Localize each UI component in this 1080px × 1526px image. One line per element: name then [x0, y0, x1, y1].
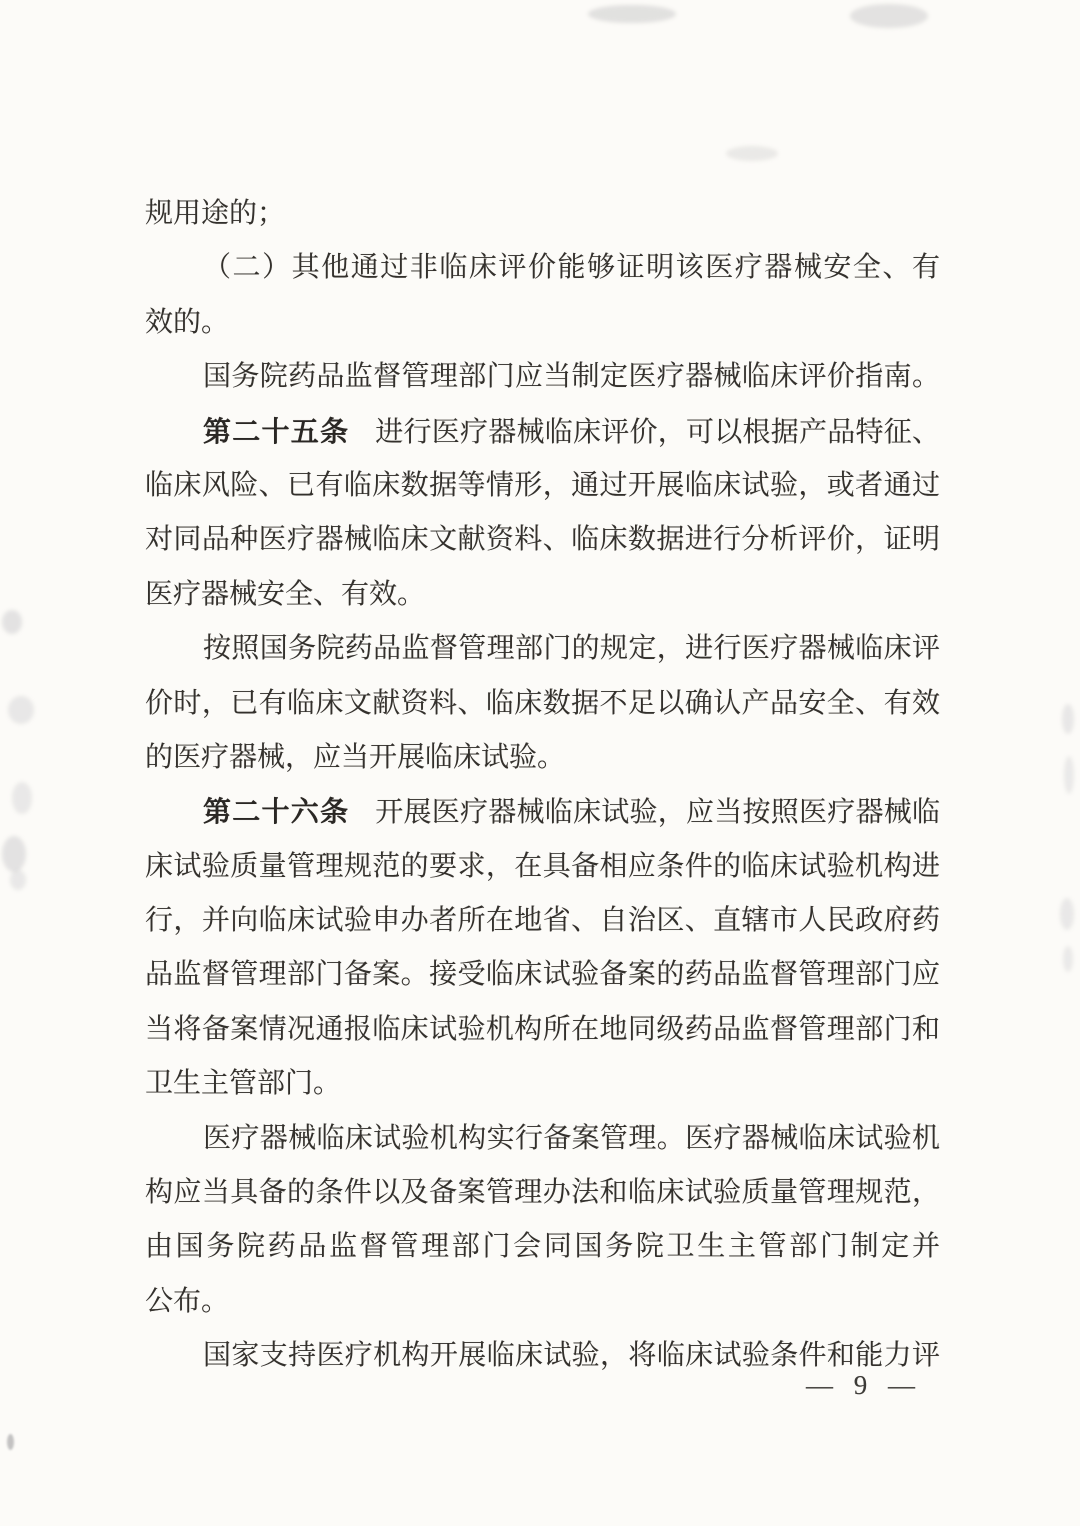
- scan-artifact: [7, 1434, 14, 1450]
- scan-artifact: [2, 836, 26, 872]
- scan-artifact: [1064, 756, 1074, 794]
- text-line: 构应当具备的条件以及备案管理办法和临床试验质量管理规范，: [145, 1166, 940, 1220]
- line-text: 价时，已有临床文献资料、临床数据不足以确认产品安全、有效: [145, 688, 940, 719]
- article-number: 第二十五条: [203, 416, 349, 447]
- line-text: 公布。: [145, 1286, 229, 1317]
- line-text: 国务院药品监督管理部门应当制定医疗器械临床评价指南。: [203, 361, 940, 392]
- line-text: 医疗器械安全、有效。: [145, 579, 425, 610]
- line-text: 构应当具备的条件以及备案管理办法和临床试验质量管理规范，: [145, 1177, 940, 1208]
- line-text: 进行医疗器械临床评价，可以根据产品特征、: [375, 417, 940, 448]
- text-line: 由国务院药品监督管理部门会同国务院卫生主管部门制定并: [145, 1220, 940, 1274]
- scan-artifact: [588, 5, 676, 23]
- line-text: （二）其他通过非临床评价能够证明该医疗器械安全、有: [203, 252, 940, 283]
- line-text: 床试验质量管理规范的要求，在具备相应条件的临床试验机构进: [145, 851, 940, 882]
- text-line: 品监督管理部门备案。接受临床试验备案的药品监督管理部门应: [145, 948, 940, 1002]
- scan-artifact: [1062, 704, 1074, 734]
- line-text: 效的。: [145, 307, 229, 338]
- text-line: 当将备案情况通报临床试验机构所在地同级药品监督管理部门和: [145, 1003, 940, 1057]
- article-number: 第二十六条: [203, 796, 349, 827]
- line-text: 医疗器械临床试验机构实行备案管理。医疗器械临床试验机: [203, 1123, 940, 1154]
- text-line: 行，并向临床试验申办者所在地省、自治区、直辖市人民政府药: [145, 894, 940, 948]
- line-text: 卫生主管部门。: [145, 1068, 341, 1099]
- text-line: 按照国务院药品监督管理部门的规定，进行医疗器械临床评: [145, 622, 940, 676]
- text-line: 第二十六条开展医疗器械临床试验，应当按照医疗器械临: [145, 785, 940, 839]
- line-text: 当将备案情况通报临床试验机构所在地同级药品监督管理部门和: [145, 1014, 940, 1045]
- text-line: 的医疗器械，应当开展临床试验。: [145, 731, 940, 785]
- line-text: 国家支持医疗机构开展临床试验，将临床试验条件和能力评: [203, 1340, 940, 1371]
- text-line: 规用途的；: [145, 187, 940, 241]
- scan-artifact: [2, 610, 22, 634]
- text-line: 医疗器械安全、有效。: [145, 568, 940, 622]
- scan-artifact: [8, 696, 34, 724]
- text-line: 国务院药品监督管理部门应当制定医疗器械临床评价指南。: [145, 350, 940, 404]
- page-number: — 9 —: [806, 1368, 917, 1402]
- line-text: 对同品种医疗器械临床文献资料、临床数据进行分析评价，证明: [145, 524, 940, 555]
- scan-artifact: [1063, 946, 1073, 972]
- text-line: 卫生主管部门。: [145, 1057, 940, 1111]
- text-line: 价时，已有临床文献资料、临床数据不足以确认产品安全、有效: [145, 677, 940, 731]
- line-text: 行，并向临床试验申办者所在地省、自治区、直辖市人民政府药: [145, 905, 940, 936]
- document-page: 规用途的；（二）其他通过非临床评价能够证明该医疗器械安全、有效的。国务院药品监督…: [0, 0, 1080, 1526]
- document-body: 规用途的；（二）其他通过非临床评价能够证明该医疗器械安全、有效的。国务院药品监督…: [145, 187, 940, 1384]
- scan-artifact: [850, 4, 928, 28]
- line-text: 按照国务院药品监督管理部门的规定，进行医疗器械临床评: [203, 633, 940, 664]
- line-text: 品监督管理部门备案。接受临床试验备案的药品监督管理部门应: [145, 959, 940, 990]
- text-line: 效的。: [145, 296, 940, 350]
- line-text: 规用途的；: [145, 198, 285, 229]
- text-line: （二）其他通过非临床评价能够证明该医疗器械安全、有: [145, 241, 940, 295]
- text-line: 床试验质量管理规范的要求，在具备相应条件的临床试验机构进: [145, 840, 940, 894]
- line-text: 临床风险、已有临床数据等情形，通过开展临床试验，或者通过: [145, 470, 940, 501]
- text-line: 对同品种医疗器械临床文献资料、临床数据进行分析评价，证明: [145, 513, 940, 567]
- scan-artifact: [10, 870, 26, 890]
- text-line: 公布。: [145, 1275, 940, 1329]
- text-line: 医疗器械临床试验机构实行备案管理。医疗器械临床试验机: [145, 1112, 940, 1166]
- text-line: 第二十五条进行医疗器械临床评价，可以根据产品特征、: [145, 405, 940, 459]
- line-text: 开展医疗器械临床试验，应当按照医疗器械临: [375, 797, 940, 828]
- scan-artifact: [726, 146, 778, 161]
- text-line: 临床风险、已有临床数据等情形，通过开展临床试验，或者通过: [145, 459, 940, 513]
- line-text: 由国务院药品监督管理部门会同国务院卫生主管部门制定并: [145, 1231, 940, 1262]
- line-text: 的医疗器械，应当开展临床试验。: [145, 742, 565, 773]
- scan-artifact: [1060, 898, 1074, 930]
- scan-artifact: [12, 782, 32, 814]
